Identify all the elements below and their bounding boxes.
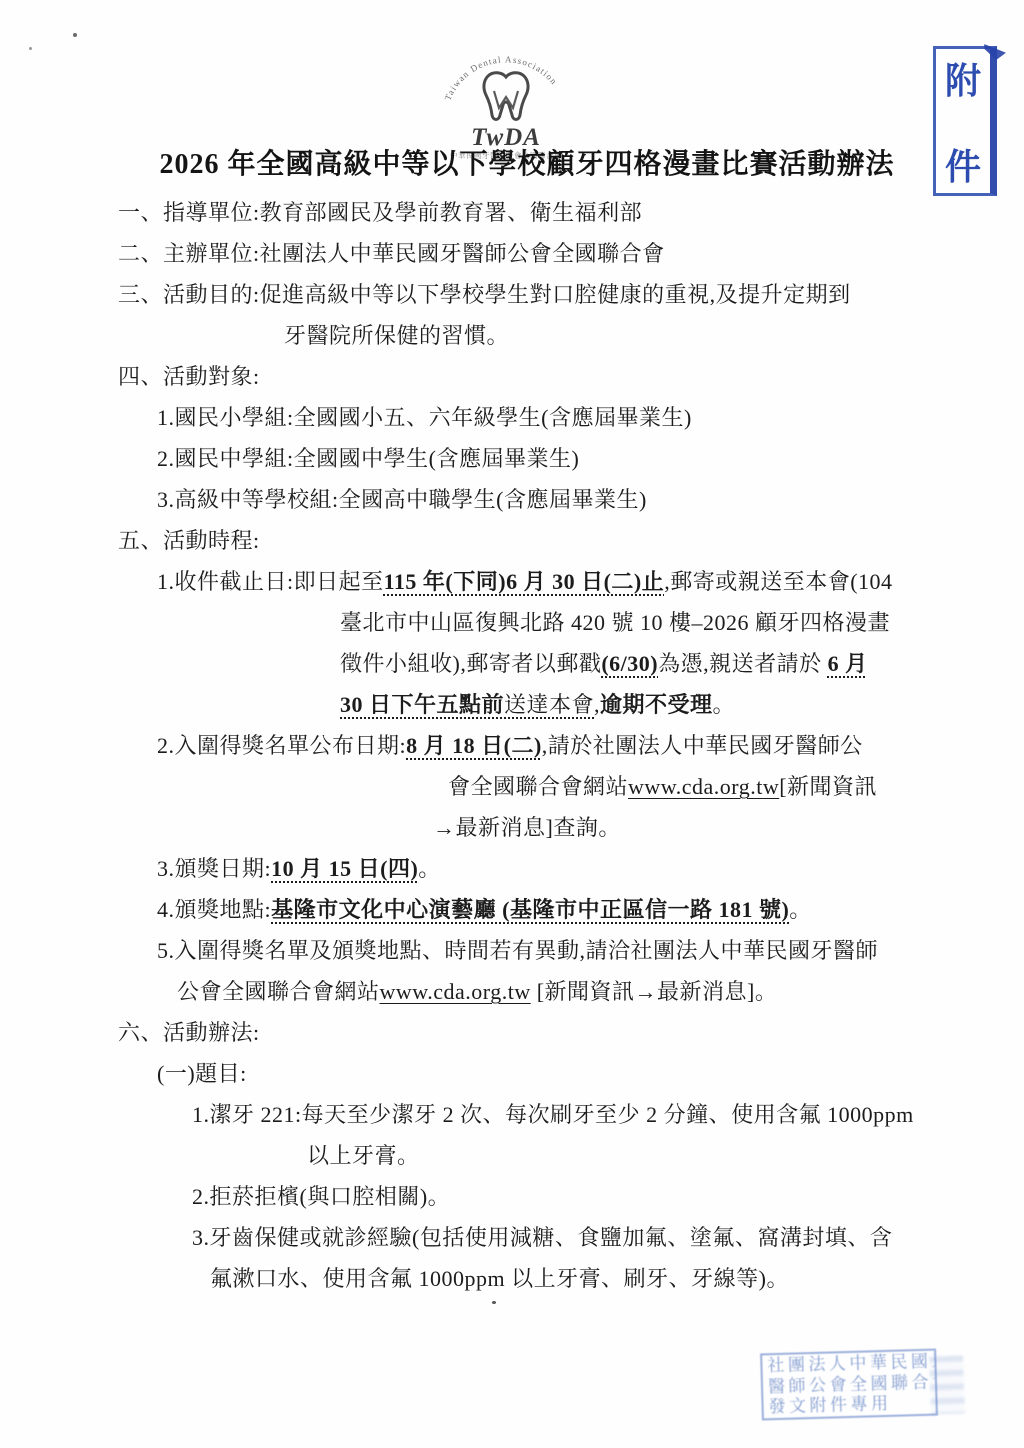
doc-line: 以上牙膏。 (0, 1135, 1024, 1176)
doc-line: 一、指導單位:教育部國民及學前教育署、衛生福利部 (0, 192, 1024, 233)
text-run: 五、活動時程: (118, 528, 260, 553)
scan-speck (249, 1272, 252, 1275)
scanned-document-page: Taiwan Dental Association TwDA 中華民國牙醫師公會… (0, 0, 1024, 1448)
text-run: ,郵寄或親送至本會(104 (664, 569, 892, 594)
text-run: 基隆市文化中心演藝廳 (基隆市中正區信一路 181 號) (271, 897, 789, 922)
doc-line: 3.頒獎日期:10 月 15 日(四)。 (0, 848, 1024, 889)
link-cda-website[interactable]: www.cda.org.tw (380, 979, 531, 1004)
text-run: 。 (789, 897, 812, 922)
doc-line: 五、活動時程: (0, 520, 1024, 561)
text-run: 六、活動辦法: (118, 1020, 260, 1045)
text-run: 一、指導單位:教育部國民及學前教育署、衛生福利部 (118, 200, 642, 225)
scan-speck (492, 1301, 496, 1304)
doc-line: 1.收件截止日:即日起至115 年(下同)6 月 30 日(二)止,郵寄或親送至… (0, 561, 1024, 602)
text-run: 1.國民小學組:全國國小五、六年級學生(含應屆畢業生) (157, 405, 692, 430)
text-run: 以上牙膏。 (307, 1143, 420, 1168)
doc-line: →最新消息]查詢。 (0, 807, 1024, 848)
text-run: 二、主辦單位:社團法人中華民國牙醫師公會全國聯合會 (118, 241, 665, 266)
text-run: 四、活動對象: (118, 364, 260, 389)
text-run: 為憑,親送者請於 (658, 651, 828, 676)
attachment-stamp-char-top: 附 (936, 61, 990, 101)
link-cda-website[interactable]: www.cda.org.tw (628, 774, 779, 799)
doc-line: 2.拒菸拒檳(與口腔相關)。 (0, 1176, 1024, 1217)
text-run: (6/30) (601, 651, 658, 676)
text-run: [新聞資訊 (779, 774, 877, 799)
text-run: 2.國民中學組:全國國中學生(含應屆畢業生) (157, 446, 579, 471)
doc-line: 公會全國聯合會網站www.cda.org.tw [新聞資訊→最新消息]。 (0, 971, 1024, 1012)
ink-smear (929, 1355, 965, 1414)
scan-speck (29, 47, 32, 50)
text-run: ,請於社團法人中華民國牙醫師公 (542, 733, 863, 758)
text-run: [新聞資訊→最新消息]。 (531, 979, 778, 1004)
text-run: (一)題目: (157, 1061, 247, 1086)
doc-line: 3.高級中等學校組:全國高中職學生(含應屆畢業生) (0, 479, 1024, 520)
text-run: 4.頒獎地點: (157, 897, 271, 922)
text-run: 送達本會 (504, 692, 594, 717)
text-run: 3.頒獎日期: (157, 856, 271, 881)
text-run: 5.入圍得獎名單及頒獎地點、時間若有異動,請洽社團法人中華民國牙醫師 (157, 938, 878, 963)
text-run: 8 月 18 日(二) (406, 733, 542, 758)
text-run: 。 (713, 692, 736, 717)
text-run: 2.入圍得獎名單公布日期: (157, 733, 406, 758)
text-run: 臺北市中山區復興北路 420 號 10 樓–2026 顧牙四格漫畫 (340, 610, 890, 635)
text-run: 公會全國聯合會網站 (177, 979, 380, 1004)
text-run: 2.拒菸拒檳(與口腔相關)。 (192, 1184, 450, 1209)
scan-speck (73, 33, 77, 37)
doc-line: 氟漱口水、使用含氟 1000ppm 以上牙膏、刷牙、牙線等)。 (0, 1258, 1024, 1299)
doc-line: 5.入圍得獎名單及頒獎地點、時間若有異動,請洽社團法人中華民國牙醫師 (0, 930, 1024, 971)
logo-arc-text: Taiwan Dental Association (443, 54, 560, 102)
doc-line: 1.國民小學組:全國國小五、六年級學生(含應屆畢業生) (0, 397, 1024, 438)
doc-line: 三、活動目的:促進高級中等以下學校學生對口腔健康的重視,及提升定期到 (0, 274, 1024, 315)
text-run: 會全國聯合會網站 (448, 774, 628, 799)
doc-line: 四、活動對象: (0, 356, 1024, 397)
text-run: 115 年(下同)6 月 30 日(二)止 (384, 569, 665, 594)
doc-line: 徵件小組收),郵寄者以郵戳(6/30)為憑,親送者請於 6 月 (0, 643, 1024, 684)
text-run: 牙醫院所保健的習慣。 (284, 323, 509, 348)
doc-line: 會全國聯合會網站www.cda.org.tw[新聞資訊 (0, 766, 1024, 807)
text-run: 三、活動目的:促進高級中等以下學校學生對口腔健康的重視,及提升定期到 (118, 282, 851, 307)
text-run: 3.高級中等學校組:全國高中職學生(含應屆畢業生) (157, 487, 647, 512)
text-run: 。 (418, 856, 441, 881)
text-run: 3.牙齒保健或就診經驗(包括使用減糖、食鹽加氟、塗氟、窩溝封填、含 (192, 1225, 892, 1250)
document-body: 一、指導單位:教育部國民及學前教育署、衛生福利部 二、主辦單位:社團法人中華民國… (0, 192, 1024, 1299)
doc-line: 3.牙齒保健或就診經驗(包括使用減糖、食鹽加氟、塗氟、窩溝封填、含 (0, 1217, 1024, 1258)
text-run: 徵件小組收),郵寄者以郵戳 (340, 651, 601, 676)
text-run: 逾期不受理 (600, 692, 713, 717)
doc-line: 2.入圍得獎名單公布日期:8 月 18 日(二),請於社團法人中華民國牙醫師公 (0, 725, 1024, 766)
issuing-stamp: 社團法人中華民國牙 醫師公會全國聯合會 發文附件專用 (760, 1349, 938, 1421)
doc-line: 臺北市中山區復興北路 420 號 10 樓–2026 顧牙四格漫畫 (0, 602, 1024, 643)
tooth-w-mark-icon (494, 91, 518, 108)
logo-acronym: TwDA (471, 124, 541, 151)
issuing-stamp-line: 發文附件專用 (768, 1393, 933, 1418)
doc-line: 六、活動辦法: (0, 1012, 1024, 1053)
text-run: 6 月 (828, 651, 868, 676)
page-title: 2026 年全國高級中等以下學校顧牙四格漫畫比賽活動辦法 (0, 148, 1024, 182)
doc-line: 4.頒獎地點:基隆市文化中心演藝廳 (基隆市中正區信一路 181 號)。 (0, 889, 1024, 930)
text-run: 1.收件截止日:即日起至 (157, 569, 384, 594)
text-run: 1.潔牙 221:每天至少潔牙 2 次、每次刷牙至少 2 分鐘、使用含氟 100… (192, 1102, 914, 1127)
doc-line: 二、主辦單位:社團法人中華民國牙醫師公會全國聯合會 (0, 233, 1024, 274)
text-run: 氟漱口水、使用含氟 1000ppm 以上牙膏、刷牙、牙線等)。 (210, 1266, 789, 1291)
text-run: →最新消息]查詢。 (433, 815, 621, 840)
doc-line: (一)題目: (0, 1053, 1024, 1094)
doc-line: 1.潔牙 221:每天至少潔牙 2 次、每次刷牙至少 2 分鐘、使用含氟 100… (0, 1094, 1024, 1135)
text-run: 10 月 15 日(四) (271, 856, 418, 881)
doc-line: 牙醫院所保健的習慣。 (0, 315, 1024, 356)
doc-line: 30 日下午五點前送達本會,逾期不受理。 (0, 684, 1024, 725)
text-run: 30 日下午五點前 (340, 692, 504, 717)
doc-line: 2.國民中學組:全國國中學生(含應屆畢業生) (0, 438, 1024, 479)
